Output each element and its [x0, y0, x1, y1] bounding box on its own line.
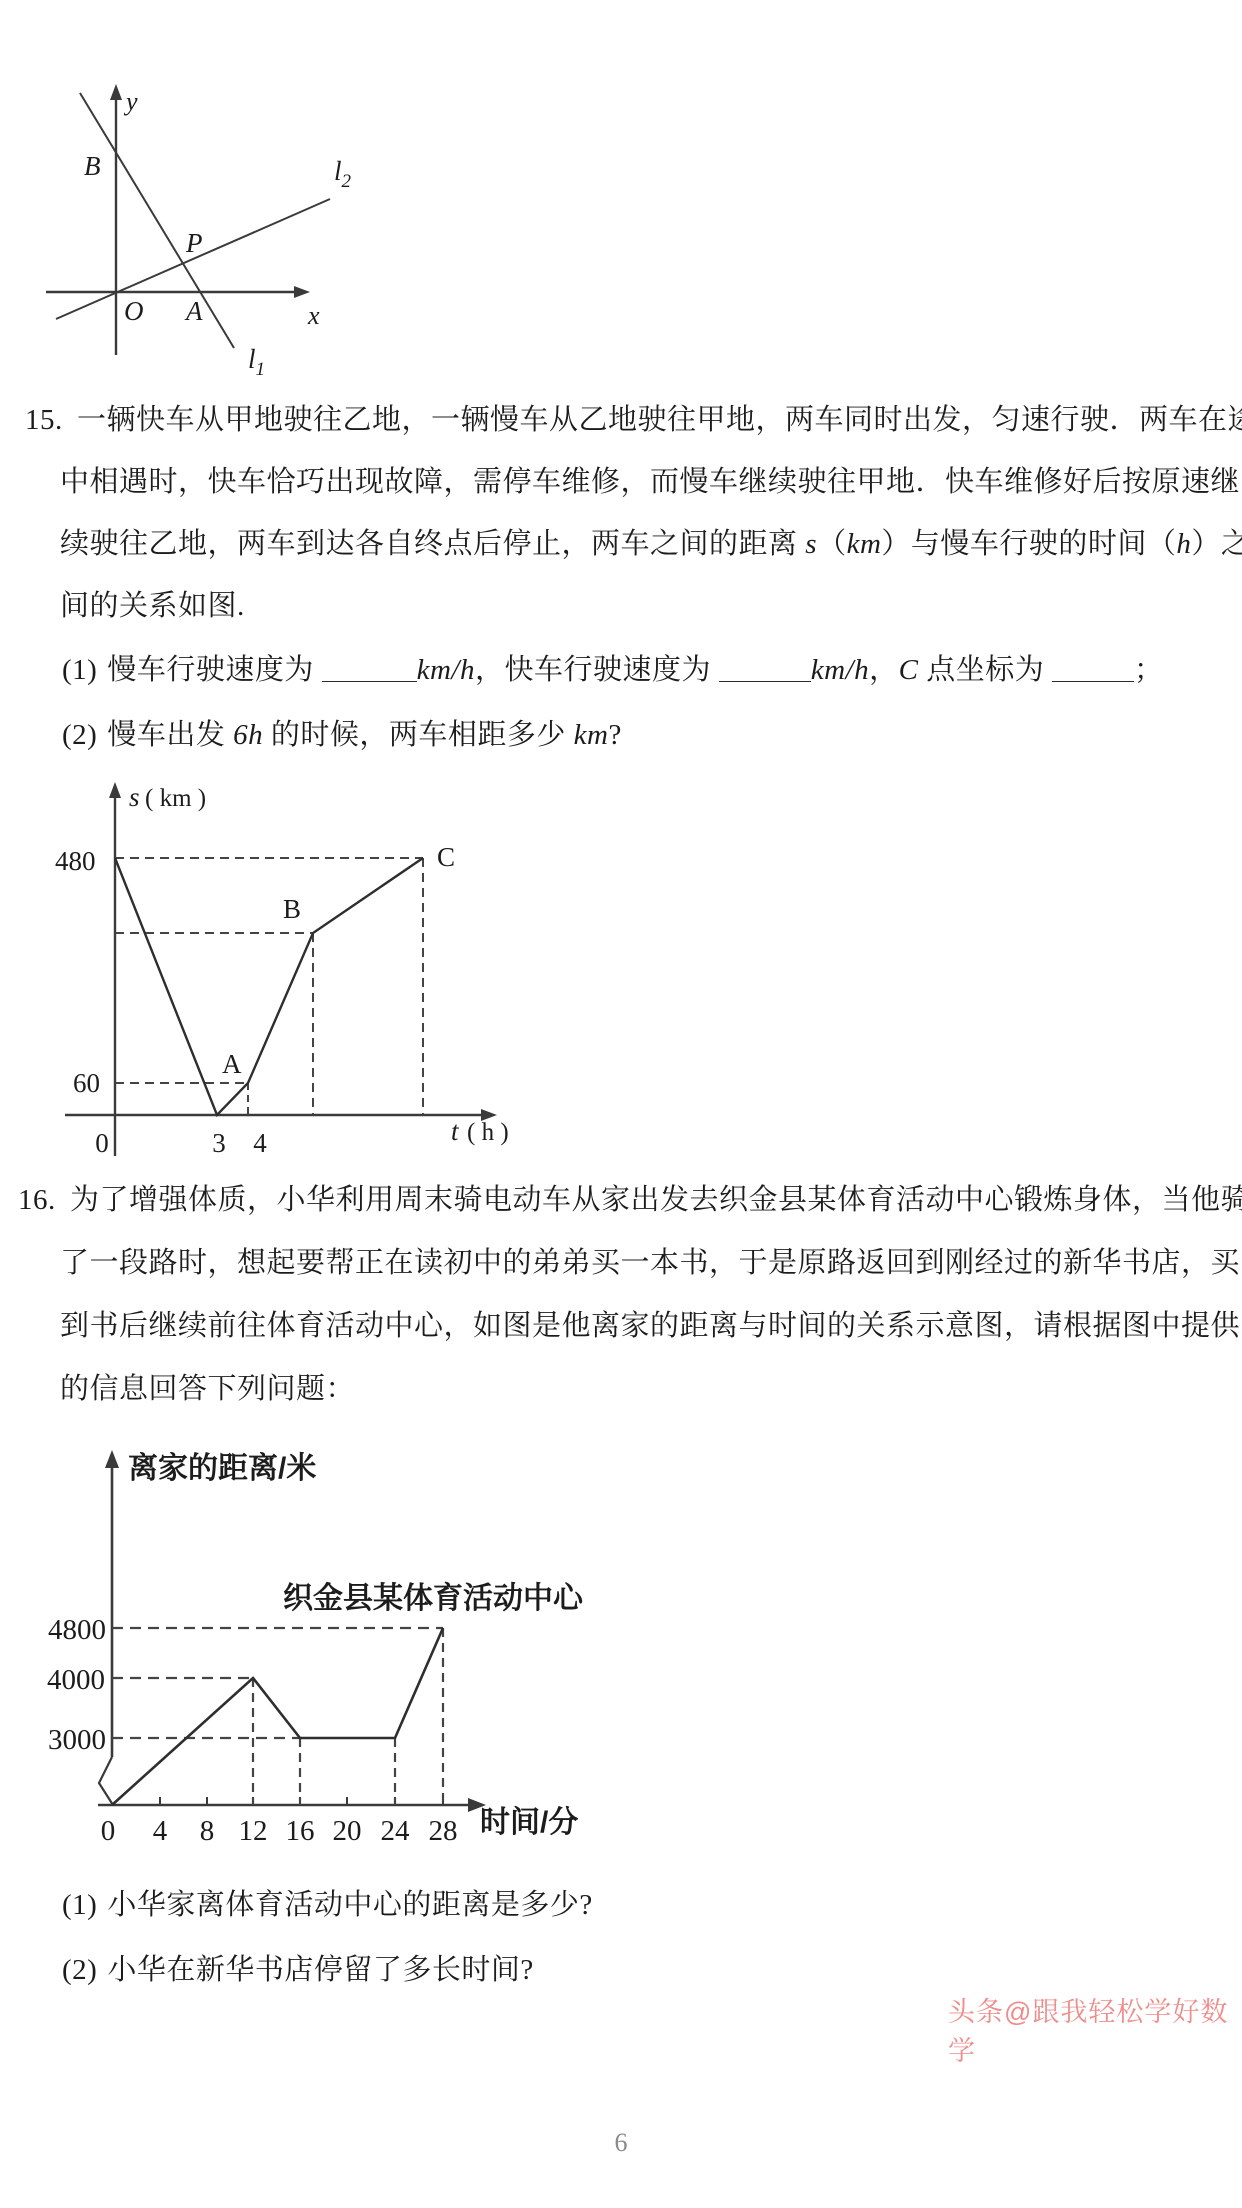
- y-axis-arrow-icon: [105, 1450, 119, 1468]
- figure-distance-time-graph-15: s ( km ) t ( h ) 480 60 0 3 4 A B C: [55, 778, 635, 1163]
- x-axis-arrow-icon: [294, 286, 310, 298]
- ytick-4000: 4000: [47, 1664, 105, 1696]
- xtick-0: 0: [101, 1815, 116, 1847]
- y-axis-arrow-icon: [109, 782, 121, 798]
- point-C-label: C: [437, 842, 455, 872]
- point-B-label: B: [283, 894, 301, 924]
- problem16-line2: 了一段路时，想起要帮正在读初中的弟弟买一本书，于是原路返回到刚经过的新华书店，买: [60, 1243, 1240, 1283]
- distance-curve: [115, 858, 423, 1115]
- xtick-20: 20: [333, 1815, 362, 1847]
- line-l1: [80, 93, 234, 348]
- problem16-question2: (2)小华在新华书店停留了多长时间?: [62, 1950, 534, 1990]
- point-a-label: A: [184, 296, 203, 326]
- x-axis-label: 时间/分: [480, 1805, 578, 1839]
- answer-blank[interactable]: [719, 657, 811, 682]
- watermark: 头条@跟我轻松学好数学: [948, 1990, 1242, 2068]
- xtick-24: 24: [381, 1815, 411, 1847]
- x-axis-label: x: [307, 301, 320, 330]
- problem16-line3: 到书后继续前往体育活动中心，如图是他离家的距离与时间的关系示意图，请根据图中提供: [60, 1306, 1240, 1346]
- problem16-line1: 16.为了增强体质，小华利用周末骑电动车从家出发去织金县某体育活动中心锻炼身体，…: [18, 1180, 1242, 1220]
- problem16-question1: (1)小华家离体育活动中心的距离是多少?: [62, 1885, 593, 1925]
- origin-label: O: [124, 296, 144, 326]
- problem15-line1: 15.一辆快车从甲地驶往乙地，一辆慢车从乙地驶往甲地，两车同时出发，匀速行驶．两…: [25, 400, 1242, 440]
- answer-blank[interactable]: [1052, 657, 1134, 682]
- y-axis-label-s: s: [129, 782, 140, 812]
- x-axis-label-unit: ( h ): [467, 1119, 509, 1146]
- destination-annotation: 织金县某体育活动中心: [283, 1581, 584, 1615]
- xtick-4: 4: [253, 1128, 267, 1158]
- problem15-line4: 间的关系如图.: [60, 586, 245, 626]
- point-b-label: B: [84, 151, 101, 181]
- x-axis-label-t: t: [451, 1116, 460, 1146]
- y-axis-label: y: [123, 87, 138, 116]
- xtick-8: 8: [200, 1815, 215, 1847]
- axis-break-zigzag: [99, 1757, 113, 1805]
- xtick-4: 4: [153, 1815, 168, 1847]
- ytick-480: 480: [55, 846, 96, 876]
- point-A-label: A: [222, 1049, 242, 1079]
- problem15-question2: (2)慢车出发 6h 的时候，两车相距多少 km?: [62, 715, 622, 755]
- point-p-label: P: [185, 228, 203, 258]
- line-l2-label: l2: [334, 156, 352, 192]
- problem15-line3: 续驶往乙地，两车到达各自终点后停止，两车之间的距离 s（km）与慢车行驶的时间（…: [60, 524, 1242, 564]
- xtick-12: 12: [239, 1815, 268, 1847]
- figure-distance-time-graph-16: 离家的距离/米 织金县某体育活动中心 4800 4000 3000 0 4 8 …: [40, 1440, 740, 1860]
- ytick-3000: 3000: [48, 1724, 106, 1756]
- distance-curve: [112, 1628, 443, 1805]
- ytick-60: 60: [73, 1068, 100, 1098]
- problem15-number: 15.: [25, 400, 77, 440]
- y-axis-label-unit: ( km ): [145, 785, 206, 812]
- problem16-number: 16.: [18, 1180, 70, 1220]
- xtick-16: 16: [286, 1815, 315, 1847]
- xtick-28: 28: [429, 1815, 458, 1847]
- page-number: 6: [0, 2128, 1242, 2158]
- xtick-0: 0: [95, 1128, 109, 1158]
- y-axis-arrow-icon: [110, 84, 122, 100]
- ytick-4800: 4800: [48, 1614, 106, 1646]
- problem15-line2: 中相遇时，快车恰巧出现故障，需停车维修，而慢车继续驶往甲地．快车维修好后按原速继: [60, 462, 1240, 502]
- figure-intersecting-lines: y x B P O A l1 l2: [40, 80, 370, 380]
- y-axis-label: 离家的距离/米: [128, 1452, 316, 1485]
- answer-blank[interactable]: [322, 657, 417, 682]
- problem16-line4: 的信息回答下列问题：: [60, 1369, 355, 1409]
- line-l1-label: l1: [248, 344, 265, 380]
- problem15-question1: (1)慢车行驶速度为 km/h，快车行驶速度为 km/h，C 点坐标为 ；: [62, 650, 1164, 690]
- xtick-3: 3: [212, 1128, 226, 1158]
